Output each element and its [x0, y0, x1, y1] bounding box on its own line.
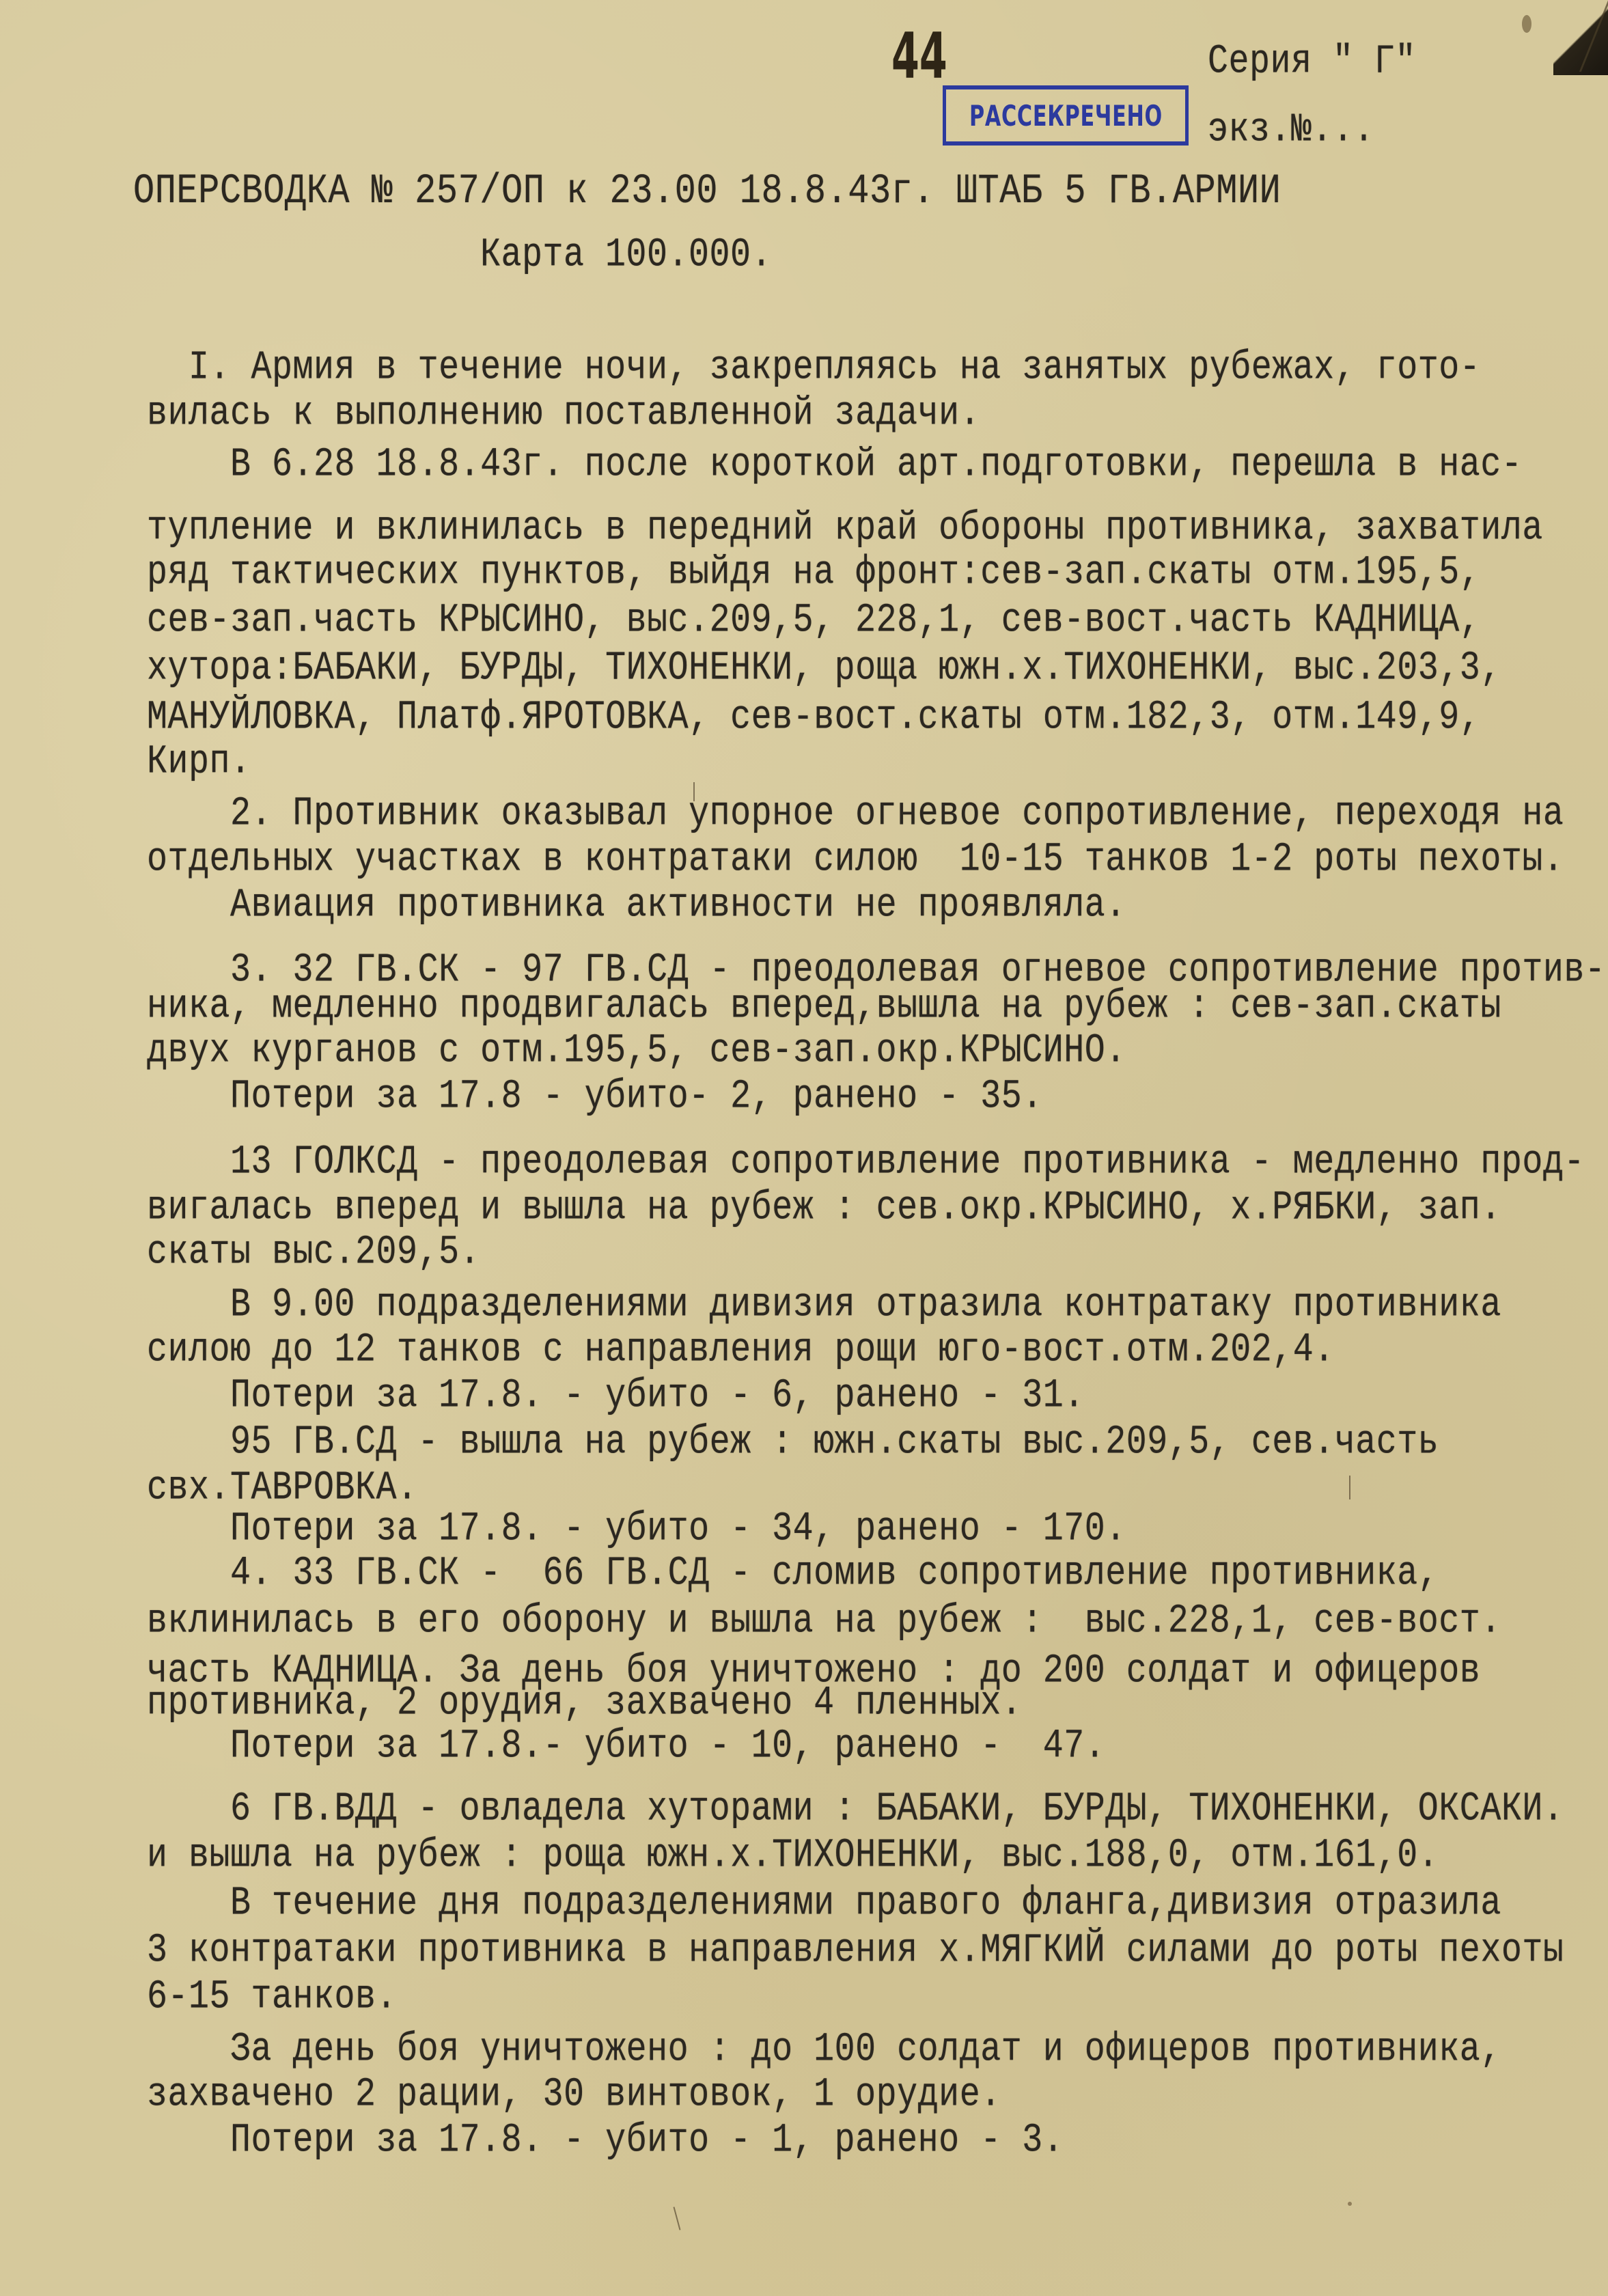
paper-scratch — [674, 2207, 681, 2230]
text-line: захвачено 2 рации, 30 винтовок, 1 орудие… — [147, 2075, 1001, 2116]
text-line: тупление и вклинилась в передний край об… — [147, 509, 1543, 549]
text-line: МАНУЙЛОВКА, Платф.ЯРОТОВКА, сев-вост.ска… — [147, 698, 1480, 738]
text-line: В течение дня подразделениями правого фл… — [147, 1884, 1501, 1924]
text-line: В 6.28 18.8.43г. после короткой арт.подг… — [147, 445, 1522, 486]
text-line: 6-15 танков. — [147, 1978, 397, 2018]
text-line: 13 ГОЛКСД - преодолевая сопротивление пр… — [147, 1143, 1585, 1183]
text-line: вилась к выполнению поставленной задачи. — [147, 394, 980, 434]
text-line: За день боя уничтожено : до 100 солдат и… — [147, 2030, 1501, 2071]
text-line: ряд тактических пунктов, выйдя на фронт:… — [147, 553, 1480, 594]
text-line: Авиация противника активности не проявля… — [147, 886, 1126, 926]
copy-number: экз.№... — [1208, 111, 1374, 151]
document-title: ОПЕРСВОДКА № 257/ОП к 23.00 18.8.43г. ШТ… — [133, 171, 1281, 212]
page-corner-shadow — [1553, 0, 1608, 75]
text-line: Потери за 17.8. - убито - 34, ранено - 1… — [147, 1510, 1126, 1550]
text-line: и вышла на рубеж : роща южн.х.ТИХОНЕНКИ,… — [147, 1836, 1439, 1877]
text-line: 2. Противник оказывал упорное огневое со… — [147, 794, 1564, 835]
text-line: 4. 33 ГВ.СК - 66 ГВ.СД - сломив сопротив… — [147, 1554, 1439, 1594]
handwritten-page-number: 44 — [891, 19, 947, 93]
series-label: Серия " Г" — [1208, 42, 1416, 83]
text-line: Потери за 17.8. - убито - 1, ранено - 3. — [147, 2121, 1064, 2161]
paper-scratch — [693, 782, 695, 801]
text-line: сев-зап.часть КРЫСИНО, выс.209,5, 228,1,… — [147, 601, 1480, 641]
paper-scratch — [1349, 1476, 1350, 1499]
text-line: 6 ГВ.ВДД - овладела хуторами : БАБАКИ, Б… — [147, 1790, 1564, 1830]
text-line: I. Армия в течение ночи, закрепляясь на … — [147, 348, 1480, 389]
paper-stain — [1348, 2202, 1352, 2206]
text-line: вклинилась в его оборону и вышла на рубе… — [147, 1602, 1501, 1642]
text-line: 3 контратаки противника в направления х.… — [147, 1931, 1564, 1972]
text-line: хутора:БАБАКИ, БУРДЫ, ТИХОНЕНКИ, роща юж… — [147, 649, 1501, 689]
text-line: вигалась вперед и вышла на рубеж : сев.о… — [147, 1189, 1501, 1229]
text-line: скаты выс.209,5. — [147, 1233, 480, 1273]
text-line: В 9.00 подразделениями дивизия отразила … — [147, 1286, 1501, 1326]
text-line: Кирп. — [147, 743, 251, 783]
text-line: ника, медленно продвигалась вперед,вышла… — [147, 987, 1501, 1027]
text-line: Потери за 17.8. - убито - 6, ранено - 31… — [147, 1377, 1085, 1417]
text-line: противника, 2 орудия, захвачено 4 пленны… — [147, 1684, 1022, 1724]
text-line: 95 ГВ.СД - вышла на рубеж : южн.скаты вы… — [147, 1423, 1439, 1463]
text-line: свх.ТАВРОВКА. — [147, 1469, 418, 1509]
text-line: силою до 12 танков с направления рощи юг… — [147, 1331, 1335, 1371]
text-line: двух курганов с отм.195,5, сев-зап.окр.К… — [147, 1032, 1126, 1072]
text-line: Потери за 17.8 - убито- 2, ранено - 35. — [147, 1077, 1043, 1118]
declassified-stamp: РАССЕКРЕЧЕНО — [943, 85, 1189, 146]
map-scale: Карта 100.000. — [480, 236, 772, 276]
text-line: Потери за 17.8.- убито - 10, ранено - 47… — [147, 1727, 1105, 1767]
stamp-text: РАССЕКРЕЧЕНО — [969, 99, 1163, 133]
text-line: отдельных участках в контратаки силою 10… — [147, 840, 1564, 881]
paper-stain — [1522, 15, 1531, 33]
